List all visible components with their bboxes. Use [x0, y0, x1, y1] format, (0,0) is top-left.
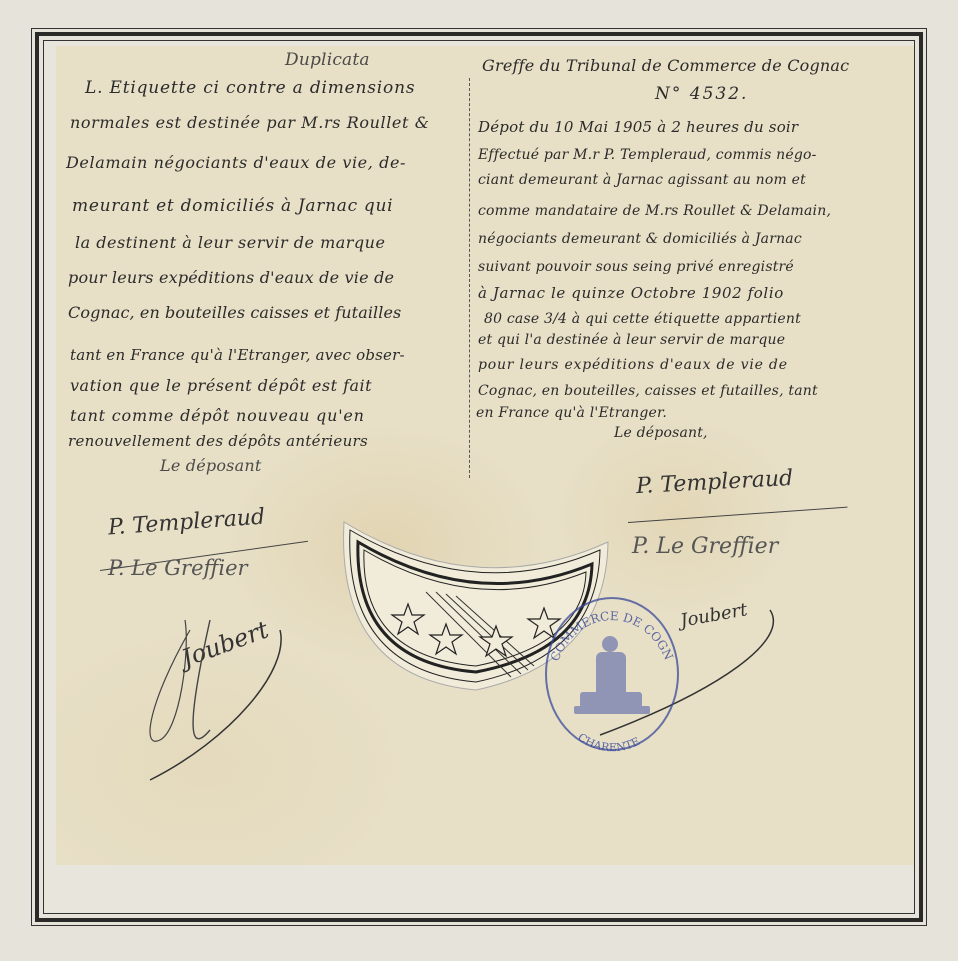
column-divider [469, 78, 470, 478]
right-closing-depositor: Le déposant, [614, 425, 708, 441]
left-line-5: la destinent à leur servir de marque [75, 233, 385, 252]
right-line-3: ciant demeurant à Jarnac agissant au nom… [478, 172, 806, 188]
left-line-7: Cognac, en bouteilles caisses et futaill… [68, 303, 401, 322]
right-line-1: Dépot du 10 Mai 1905 à 2 heures du soir [478, 118, 798, 136]
right-line-6: suivant pouvoir sous seing privé enregis… [478, 259, 794, 275]
left-signature-flourish [130, 590, 310, 790]
left-line-2: normales est destinée par M.rs Roullet & [70, 113, 430, 132]
right-signature-greffier: P. Le Greffier [632, 534, 778, 559]
left-line-10: tant comme dépôt nouveau qu'en [70, 406, 365, 425]
tribunal-commerce-stamp: COMMERCE DE COGNAC CHARENTE [540, 592, 680, 752]
left-closing-depositor: Le déposant [160, 456, 261, 475]
left-line-1: L. Etiquette ci contre a dimensions [85, 78, 415, 98]
duplicata-header: Duplicata [285, 50, 370, 70]
right-line-2: Effectué par M.r P. Templeraud, commis n… [478, 147, 817, 163]
right-header-greffe: Greffe du Tribunal de Commerce de Cognac [482, 56, 849, 75]
left-signature-greffier: P. Le Greffier [108, 556, 248, 580]
left-line-4: meurant et domiciliés à Jarnac qui [72, 196, 393, 216]
right-line-11: Cognac, en bouteilles, caisses et futail… [478, 383, 818, 399]
left-line-9: vation que le présent dépôt est fait [70, 376, 372, 395]
registry-number: N° 4532. [655, 84, 748, 104]
stamp-figure-icon [574, 636, 650, 714]
left-line-6: pour leurs expéditions d'eaux de vie de [68, 268, 394, 287]
right-line-8: 80 case 3/4 à qui cette étiquette appart… [484, 311, 801, 327]
right-line-5: négociants demeurant & domiciliés à Jarn… [478, 231, 802, 247]
right-line-10: pour leurs expéditions d'eaux de vie de [478, 357, 788, 373]
left-line-11: renouvellement des dépôts antérieurs [68, 432, 368, 450]
right-line-12: en France qu'à l'Etranger. [476, 405, 667, 421]
right-line-7: à Jarnac le quinze Octobre 1902 folio [478, 284, 784, 302]
left-line-3: Delamain négociants d'eaux de vie, de- [66, 153, 406, 172]
left-line-8: tant en France qu'à l'Etranger, avec obs… [70, 346, 405, 364]
stamp-bottom-text: CHARENTE [575, 731, 641, 752]
right-line-9: et qui l'a destinée à leur servir de mar… [478, 332, 785, 348]
right-line-4: comme mandataire de M.rs Roullet & Delam… [478, 203, 831, 219]
